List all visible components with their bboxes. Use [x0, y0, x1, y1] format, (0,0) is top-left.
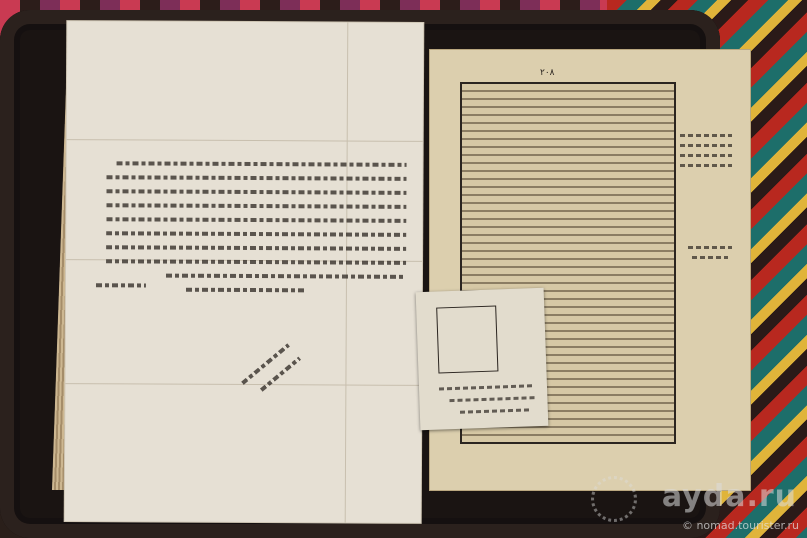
watermark-brand: ayda.ru: [662, 479, 797, 514]
script-line: [117, 161, 407, 167]
script-line: [96, 283, 146, 287]
script-line: [106, 245, 406, 251]
fold-line: [67, 139, 423, 142]
fold-line: [345, 23, 349, 523]
sun-logo-icon: [591, 476, 637, 522]
handwritten-letter-page: [65, 21, 424, 523]
script-line: [106, 189, 406, 195]
script-line: [106, 203, 406, 209]
script-line: [106, 231, 406, 237]
margin-note: [692, 256, 728, 259]
photo-scene: ٢٠٨ ayda.ru © nomad.tourister.ru: [0, 0, 807, 538]
watermark-credit: © nomad.tourister.ru: [682, 519, 799, 532]
margin-note: [680, 134, 732, 137]
script-line: [106, 259, 406, 265]
margin-note: [680, 164, 732, 167]
note-line: [439, 384, 535, 390]
margin-note: [680, 144, 732, 147]
note-line: [449, 396, 535, 402]
margin-note: [680, 154, 732, 157]
signature: [241, 343, 290, 384]
small-handwritten-note: [416, 288, 549, 430]
note-frame: [436, 305, 498, 373]
script-line: [106, 175, 406, 181]
margin-note: [688, 246, 732, 249]
script-line: [186, 288, 306, 293]
script-line: [106, 217, 406, 223]
page-number: ٢٠٨: [540, 68, 555, 78]
script-line: [166, 274, 406, 279]
note-line: [460, 408, 530, 413]
